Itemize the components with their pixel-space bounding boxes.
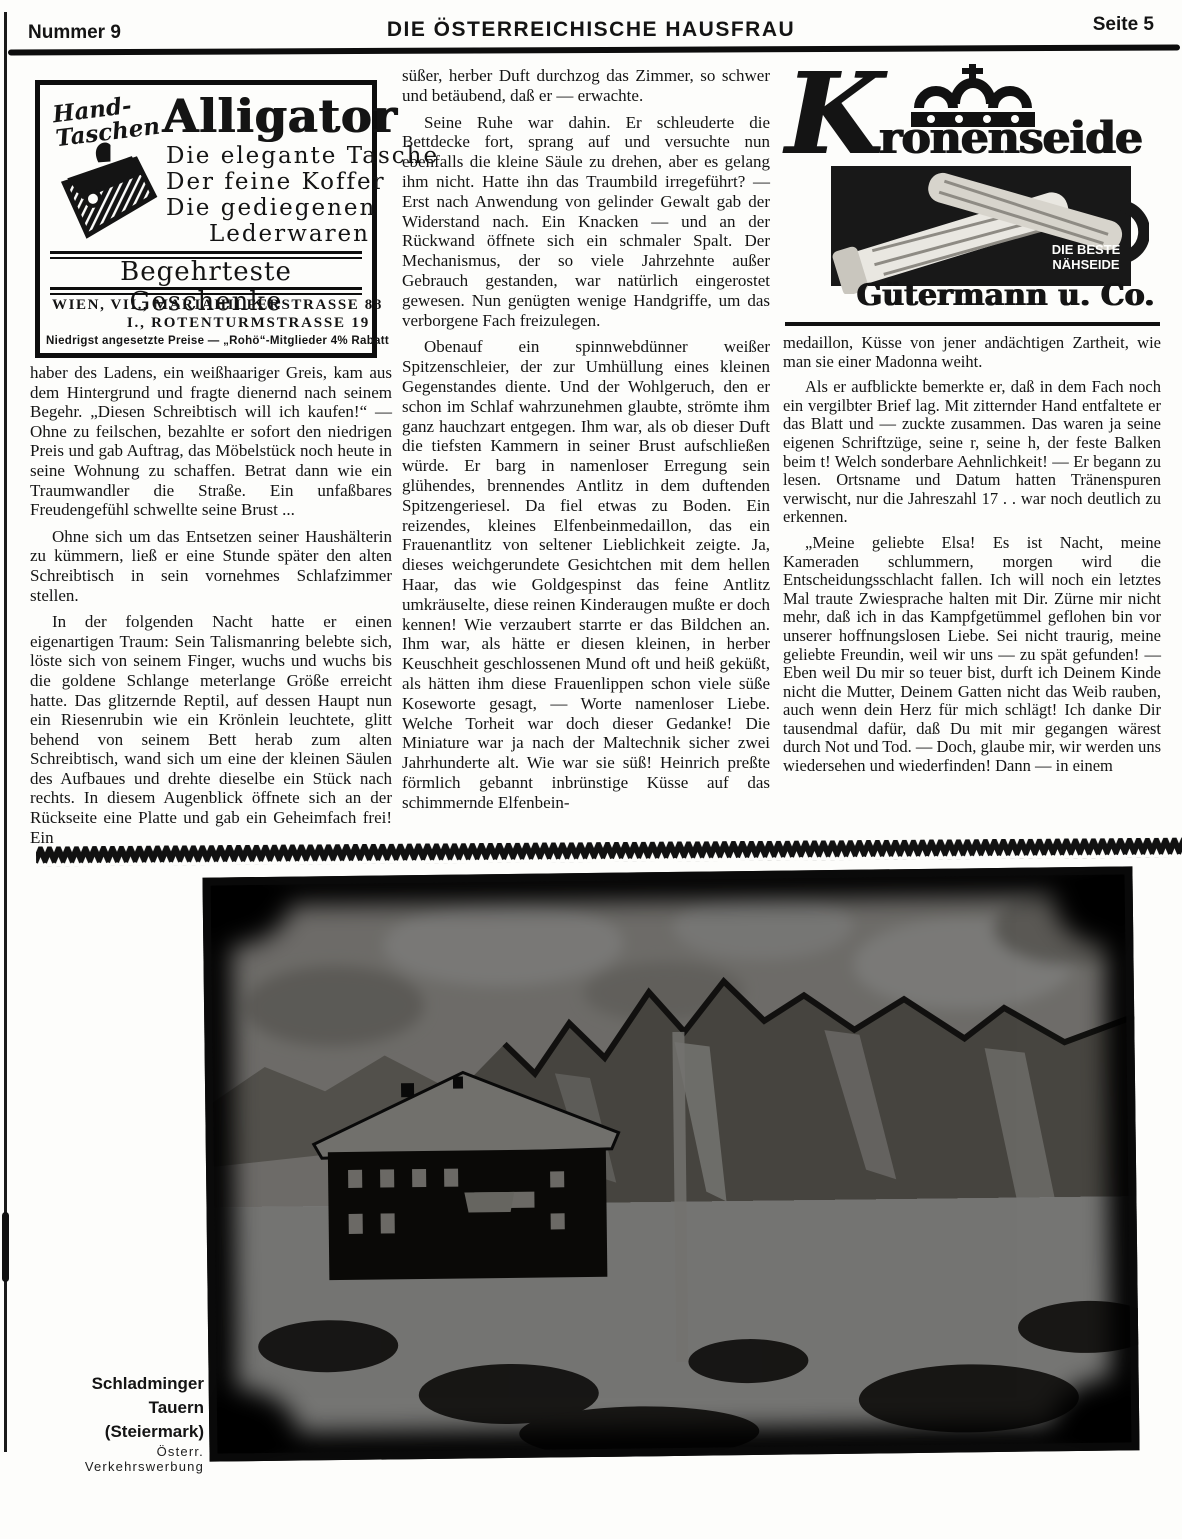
story-column-left: haber des Ladens, ein weißhaariger Greis…	[30, 363, 392, 854]
story-paragraph: Seine Ruhe war dahin. Er schleuderte die…	[402, 113, 770, 331]
story-paragraph: Ohne sich um das Entsetzen seiner Haushä…	[30, 527, 392, 605]
caption-bold-line: Tauern	[48, 1396, 204, 1420]
kronenseide-ad: DIE BESTE NÄHSEIDE Kronenseide Gütermann…	[785, 62, 1161, 314]
alligator-address-2: I., ROTENTURMSTRASSE 19	[52, 315, 370, 332]
scan-edge-blob	[2, 1212, 9, 1282]
alligator-smallprint: Niedrigst angesetzte Preise — „Rohö“-Mit…	[46, 335, 372, 347]
story-paragraph: In der folgenden Nacht hatte er einen ei…	[30, 612, 392, 847]
magazine-page: Nummer 9 DIE ÖSTERREICHISCHE HAUSFRAU Se…	[0, 0, 1182, 1539]
kronenseide-tagline-2: NÄHSEIDE	[1052, 257, 1120, 272]
story-paragraph: süßer, herber Duft durchzog das Zimmer, …	[402, 66, 770, 106]
story-column-right: medaillon, Küsse von jener andächtigen Z…	[783, 334, 1161, 783]
page-number: Seite 5	[1093, 14, 1154, 36]
story-column-middle: süßer, herber Duft durchzog das Zimmer, …	[402, 66, 770, 819]
header-rule	[8, 44, 1180, 55]
alligator-tagline: Die gediegenen	[166, 195, 370, 221]
alligator-tagline: Der feine Koffer	[166, 169, 370, 195]
mountain-photo	[202, 866, 1139, 1461]
caption-bold-line: Schladminger	[48, 1372, 204, 1396]
story-paragraph: Obenauf ein spinnwebdünner weißer Spitze…	[402, 337, 770, 812]
alligator-brand: Alligator	[162, 89, 397, 143]
kronenseide-tagline-1: DIE BESTE	[1052, 242, 1121, 257]
alligator-tagline: Lederwaren	[166, 221, 370, 247]
story-paragraph: medaillon, Küsse von jener andächtigen Z…	[783, 334, 1161, 371]
alligator-taglines: Die elegante Tasche Der feine Koffer Die…	[166, 143, 370, 247]
handbag-icon	[48, 133, 166, 256]
caption-small-line: Österr.	[48, 1444, 204, 1459]
photo-caption: Schladminger Tauern (Steiermark) Österr.…	[48, 1372, 204, 1474]
ad-divider	[50, 287, 362, 295]
alligator-ad: Hand- Taschen Alligator	[35, 80, 377, 358]
kronenseide-company: Gütermann u. Co.	[855, 278, 1155, 313]
alligator-address-1: WIEN, VII., MARIAHILFERSTRASSE 88	[52, 297, 370, 314]
story-paragraph: „Meine geliebte Elsa! Es ist Nacht, mein…	[783, 534, 1161, 776]
caption-bold-line: (Steiermark)	[48, 1420, 204, 1444]
story-paragraph: haber des Ladens, ein weißhaariger Greis…	[30, 363, 392, 520]
story-paragraph: Als er aufblickte bemerkte er, daß in de…	[783, 378, 1161, 527]
kronenseide-brand: Kronenseide	[785, 84, 1161, 164]
alligator-tagline: Die elegante Tasche	[166, 143, 370, 169]
caption-small-line: Verkehrswerbung	[48, 1459, 204, 1474]
ad-bottom-rule	[785, 322, 1160, 326]
page-title: DIE ÖSTERREICHISCHE HAUSFRAU	[0, 18, 1182, 42]
